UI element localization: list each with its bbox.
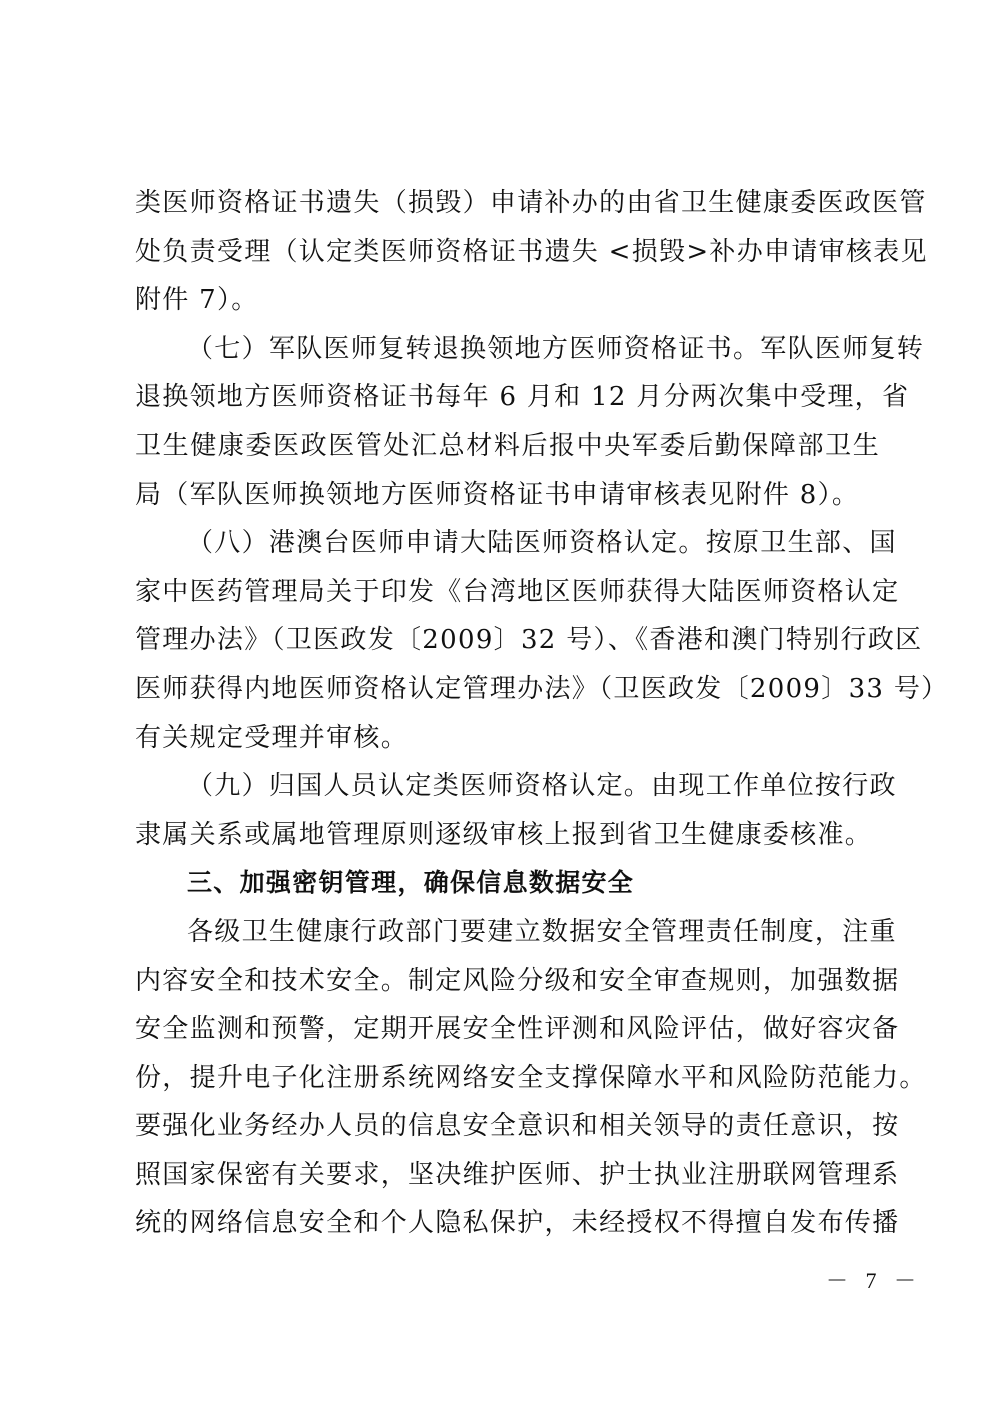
paragraph-data-security: 各级卫生健康行政部门要建立数据安全管理责任制度，注重 内容安全和技术安全。制定风… [135, 908, 880, 1248]
text-line: 局（军队医师换领地方医师资格证书申请审核表见附件 8）。 [135, 471, 880, 520]
page-number: － 7 － [826, 1264, 922, 1295]
text-line: 照国家保密有关要求，坚决维护医师、护士执业注册联网管理系 [135, 1151, 880, 1200]
text-line: （九）归国人员认定类医师资格认定。由现工作单位按行政 [135, 762, 880, 811]
text-line: 退换领地方医师资格证书每年 6 月和 12 月分两次集中受理，省 [135, 373, 880, 422]
text-line: 份，提升电子化注册系统网络安全支撑保障水平和风险防范能力。 [135, 1054, 880, 1103]
text-line: （七）军队医师复转退换领地方医师资格证书。军队医师复转 [135, 325, 880, 374]
body-text: 类医师资格证书遗失（损毁）申请补办的由省卫生健康委医政医管 处负责受理（认定类医… [135, 179, 880, 1248]
text-line: （八）港澳台医师申请大陆医师资格认定。按原卫生部、国 [135, 519, 880, 568]
document-page: 类医师资格证书遗失（损毁）申请补办的由省卫生健康委医政医管 处负责受理（认定类医… [0, 0, 1000, 1412]
text-line: 类医师资格证书遗失（损毁）申请补办的由省卫生健康委医政医管 [135, 179, 880, 228]
text-line: 医师获得内地医师资格认定管理办法》（卫医政发〔2009〕33 号） [135, 665, 880, 714]
text-line: 卫生健康委医政医管处汇总材料后报中央军委后勤保障部卫生 [135, 422, 880, 471]
text-line: 要强化业务经办人员的信息安全意识和相关领导的责任意识，按 [135, 1102, 880, 1151]
text-line: 附件 7）。 [135, 276, 880, 325]
text-line: 处负责受理（认定类医师资格证书遗失 <损毁>补办申请审核表见 [135, 228, 880, 277]
text-line: 家中医药管理局关于印发《台湾地区医师获得大陆医师资格认定 [135, 568, 880, 617]
section-heading: 三、加强密钥管理，确保信息数据安全 [135, 859, 880, 908]
paragraph-item-seven: （七）军队医师复转退换领地方医师资格证书。军队医师复转 退换领地方医师资格证书每… [135, 325, 880, 519]
text-line: 各级卫生健康行政部门要建立数据安全管理责任制度，注重 [135, 908, 880, 957]
text-line: 统的网络信息安全和个人隐私保护，未经授权不得擅自发布传播 [135, 1199, 880, 1248]
text-line: 管理办法》（卫医政发〔2009〕32 号）、《香港和澳门特别行政区 [135, 616, 880, 665]
paragraph-continuation: 类医师资格证书遗失（损毁）申请补办的由省卫生健康委医政医管 处负责受理（认定类医… [135, 179, 880, 325]
paragraph-item-eight: （八）港澳台医师申请大陆医师资格认定。按原卫生部、国 家中医药管理局关于印发《台… [135, 519, 880, 762]
text-line: 有关规定受理并审核。 [135, 714, 880, 763]
text-line: 内容安全和技术安全。制定风险分级和安全审查规则，加强数据 [135, 957, 880, 1006]
paragraph-item-nine: （九）归国人员认定类医师资格认定。由现工作单位按行政 隶属关系或属地管理原则逐级… [135, 762, 880, 859]
text-line: 安全监测和预警，定期开展安全性评测和风险评估，做好容灾备 [135, 1005, 880, 1054]
text-line: 隶属关系或属地管理原则逐级审核上报到省卫生健康委核准。 [135, 811, 880, 860]
